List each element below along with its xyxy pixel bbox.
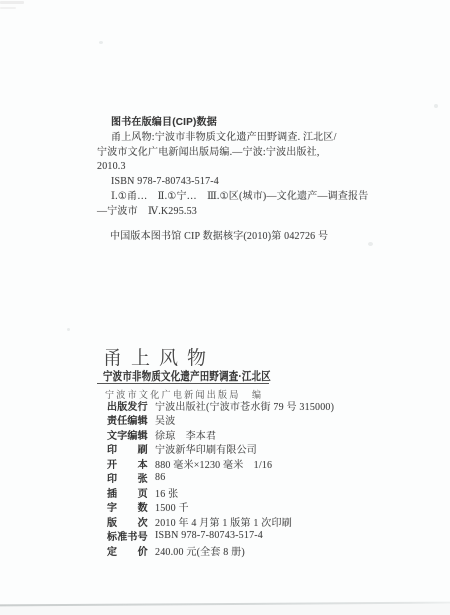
publication-info-label: 文字编辑 [107,427,147,442]
book-title-calligraphy: 甬上风物 [103,343,215,370]
publication-info-row: 版 次 2010 年 4 月第 1 版第 1 次印刷 [107,514,334,529]
cip-line: —宁波市 Ⅳ.K295.53 [97,205,368,220]
cip-line: 甬上风物:宁波市非物质文化遗产田野调查. 江北区/ [97,131,368,146]
publication-info-label: 插 页 [107,485,147,500]
publication-info-value: 880 毫米×1230 毫米 1/16 [155,456,272,471]
publication-info-label: 字 数 [107,499,147,514]
cip-line: ISBN 978-7-80743-517-4 [97,175,368,190]
publication-info-label: 印 刷 [107,441,147,456]
cip-lines: 甬上风物:宁波市非物质文化遗产田野调查. 江北区/ 宁波市文化广电新闻出版局编.… [97,131,368,220]
publication-info-list: 出版发行 宁波出版社(宁波市苍水街 79 号 315000) 责任编辑 吴波 文… [107,398,334,558]
scan-speck [67,328,70,331]
publication-info-label: 开 本 [107,456,147,471]
publication-info-row: 定 价 240.00 元(全套 8 册) [107,543,334,558]
publication-info-row: 印 张 86 [107,471,334,486]
cip-line: 宁波市文化广电新闻出版局编.—宁波:宁波出版社, [97,146,368,161]
scan-speck [99,41,103,44]
publication-info-value: ISBN 978-7-80743-517-4 [155,530,263,541]
cip-line: 2010.3 [97,160,368,175]
publication-info-value: 吴波 [155,412,175,427]
scan-corner-mark [0,7,16,9]
publication-info-label: 出版发行 [107,398,147,413]
publication-info-row: 印 刷 宁波新华印刷有限公司 [107,442,334,457]
publication-info-row: 责任编辑 吴波 [107,413,334,428]
publication-info-label: 责任编辑 [107,412,147,427]
publication-info-row: 文字编辑 徐琼 李本君 [107,427,334,442]
publication-info-value: 宁波出版社(宁波市苍水街 79 号 315000) [155,398,334,413]
scan-speck [434,104,438,108]
publication-info-value: 徐琼 李本君 [155,427,216,442]
publication-info-value: 宁波新华印刷有限公司 [155,441,257,456]
publication-info-value: 16 张 [155,485,178,500]
publication-info-value: 2010 年 4 月第 1 版第 1 次印刷 [155,514,292,529]
publication-info-label: 版 次 [107,514,147,529]
publication-info-value: 1500 千 [155,499,189,514]
publication-info-value: 86 [155,472,165,483]
publication-info-value: 240.00 元(全套 8 册) [155,543,245,558]
publication-info-row: 字 数 1500 千 [107,500,334,515]
publication-info-row: 开 本 880 毫米×1230 毫米 1/16 [107,456,334,471]
scan-page-edge-shadow [0,604,450,615]
cip-record-number: 中国版本图书馆 CIP 数据核字(2010)第 042726 号 [97,230,368,245]
scan-corner-mark [0,1,24,4]
publication-info-row: 出版发行 宁波出版社(宁波市苍水街 79 号 315000) [107,398,334,413]
publication-info-label: 印 张 [107,470,147,485]
publication-info-row: 插 页 16 张 [107,485,334,500]
cip-block: 图书在版编目(CIP)数据 甬上风物:宁波市非物质文化遗产田野调查. 江北区/ … [97,116,368,244]
publication-info-label: 标准书号 [107,528,147,543]
cip-line: Ⅰ.①甬… Ⅱ.①宁… Ⅲ.①区(城市)—文化遗产—调查报告 [97,190,368,205]
subtitle-underline [97,383,269,384]
cip-heading: 图书在版编目(CIP)数据 [97,116,368,131]
publication-info-label: 定 价 [107,543,147,558]
scan-speck [368,242,373,246]
publication-info-row: 标准书号 ISBN 978-7-80743-517-4 [107,529,334,544]
scanned-copyright-page: 图书在版编目(CIP)数据 甬上风物:宁波市非物质文化遗产田野调查. 江北区/ … [0,0,450,615]
